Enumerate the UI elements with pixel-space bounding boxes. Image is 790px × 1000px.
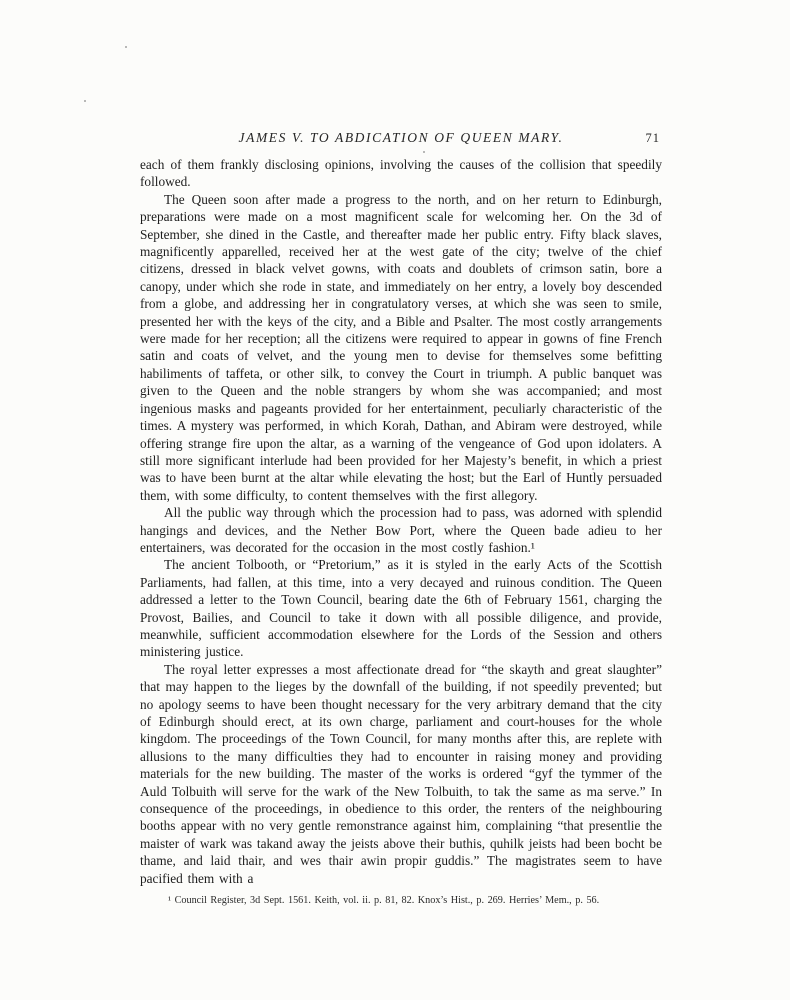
page-number: 71 xyxy=(646,131,661,146)
running-header: JAMES V. TO ABDICATION OF QUEEN MARY. 71 xyxy=(140,130,662,146)
paragraph: each of them frankly disclosing opinions… xyxy=(140,156,662,191)
paragraph: The royal letter expresses a most affect… xyxy=(140,661,662,887)
running-header-title: JAMES V. TO ABDICATION OF QUEEN MARY. xyxy=(239,130,564,145)
paragraph: The ancient Tolbooth, or “Pretorium,” as… xyxy=(140,556,662,660)
scan-speck xyxy=(125,46,127,48)
footnote: ¹ Council Register, 3d Sept. 1561. Keith… xyxy=(168,894,662,907)
page-content: JAMES V. TO ABDICATION OF QUEEN MARY. 71… xyxy=(140,130,662,907)
paragraph: The Queen soon after made a progress to … xyxy=(140,191,662,504)
book-page: JAMES V. TO ABDICATION OF QUEEN MARY. 71… xyxy=(0,0,790,1000)
paragraph: All the public way through which the pro… xyxy=(140,504,662,556)
scan-speck xyxy=(84,100,86,102)
text-block: each of them frankly disclosing opinions… xyxy=(140,156,662,887)
